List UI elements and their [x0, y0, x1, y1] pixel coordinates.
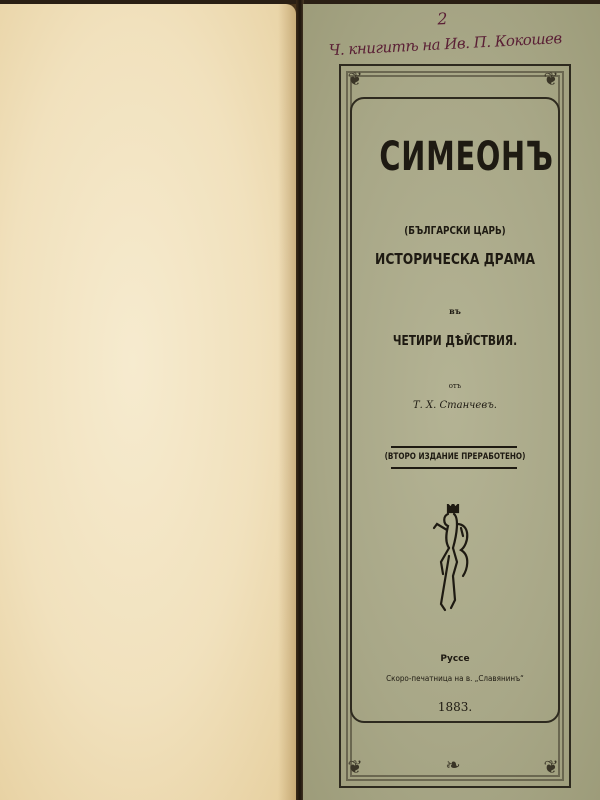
- crowned-lion-icon: [431, 504, 477, 614]
- publication-year: 1883.: [350, 700, 560, 714]
- blank-left-page: [0, 4, 296, 800]
- bottom-center-ornament-icon: ❧: [443, 756, 463, 776]
- corner-ornament-icon: ❦: [541, 758, 561, 778]
- author-name: Т. Х. Станчевъ.: [350, 400, 560, 411]
- rule-bottom: [391, 467, 517, 469]
- corner-ornament-icon: ❦: [345, 70, 365, 90]
- book-subtitle: (БЪЛГАРСКИ ЦАРЬ): [371, 224, 539, 237]
- edition-note: (ВТОРО ИЗДАНИЕ ПРЕРАБОТЕНО): [366, 452, 545, 462]
- corner-ornament-icon: ❦: [541, 70, 561, 90]
- book-genre: ИСТОРИЧЕСКА ДРАМА: [369, 250, 541, 268]
- rule-top: [391, 446, 517, 448]
- acts-count: ЧЕТИРИ ДѢЙСТВИЯ.: [369, 334, 541, 349]
- handwritten-inscription: 2 Ч. книгитѣ на Ив. П. Кокошев: [327, 5, 600, 20]
- corner-ornament-icon: ❦: [345, 758, 365, 778]
- book-title: СИМЕОНЪ: [379, 134, 530, 180]
- printer-name: Скоро-печатница на в. „Славянинъ“: [361, 674, 550, 683]
- inscription-number: 2: [437, 9, 448, 28]
- publication-city: Руссе: [350, 654, 560, 664]
- title-page: 2 Ч. книгитѣ на Ив. П. Кокошев ❦ ❦ ❦ ❦ ❧…: [303, 4, 600, 800]
- inscription-text: Ч. книгитѣ на Ив. П. Кокошев: [328, 29, 562, 59]
- preposition-by: отъ: [350, 382, 560, 390]
- preposition-in: въ: [350, 306, 560, 316]
